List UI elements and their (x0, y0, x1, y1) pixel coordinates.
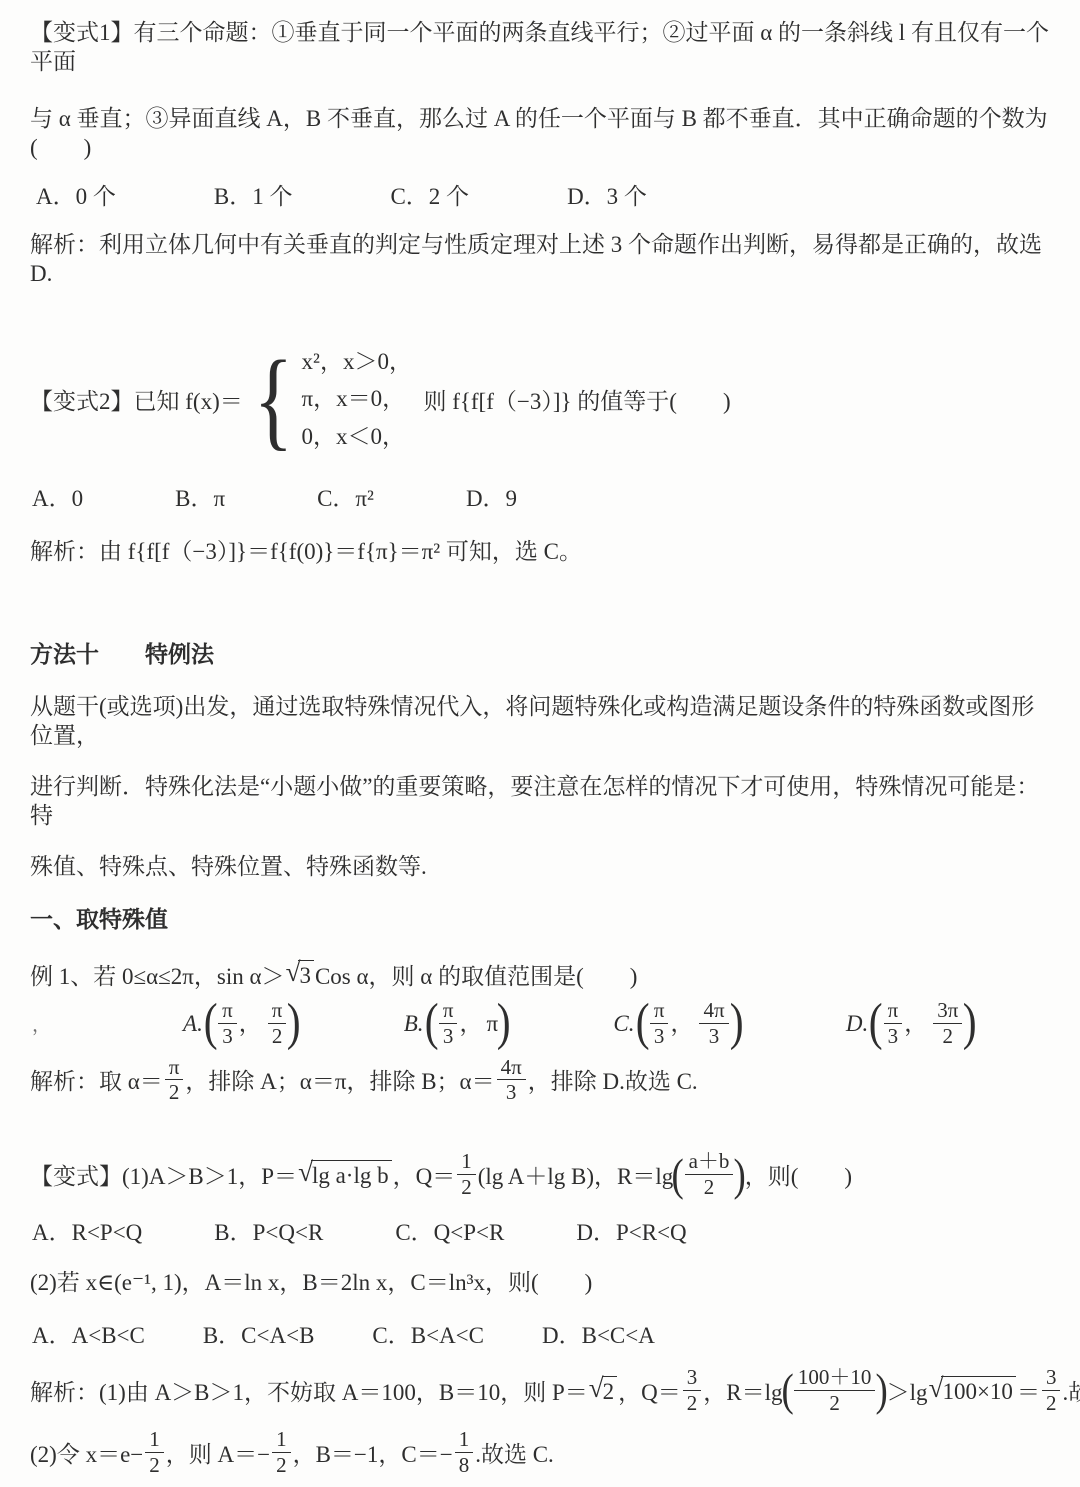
variation2-options-row: A．0 B．π C．π² D．9 (32, 480, 1054, 513)
fraction: π3 (884, 999, 903, 1047)
variation1-analysis: 解析：利用立体几何中有关垂直的判定与性质定理对上述 3 个命题作出判断，易得都是… (30, 230, 1054, 289)
left-paren: ( (424, 1000, 438, 1047)
option-c: C．B<A<C (372, 1317, 484, 1350)
fraction-denominator: 2 (942, 1024, 953, 1048)
option-c: C．π² (317, 480, 374, 513)
variation3-options1-row: A．R<P<Q B．P<Q<R C．Q<P<R D．P<R<Q (32, 1214, 1054, 1247)
option-b-label: B. (404, 1011, 424, 1037)
q1-part1: 【变式】(1)A＞B＞1，P＝ (30, 1158, 297, 1191)
analysis-part3: ，排除 D.故选 C. (528, 1063, 698, 1096)
fraction-denominator: 3 (443, 1024, 454, 1048)
right-paren: ) (497, 1000, 511, 1047)
fraction-denominator: 2 (829, 1391, 840, 1415)
fraction: 4π3 (497, 1056, 526, 1104)
option-a: A. ( π3 ， π2 ) (183, 999, 300, 1047)
radicand: lg a·lg b (311, 1160, 392, 1189)
fraction-denominator: 3 (222, 1024, 233, 1048)
option-d: D．3 个 (567, 178, 647, 211)
analysis2-part2: ，则 A＝− (166, 1436, 270, 1469)
method-paragraph-line1: 从题干(或选项)出发，通过选取特殊情况代入，将问题特殊化或构造满足题设条件的特殊… (30, 692, 1054, 751)
option-a: A．R<P<Q (32, 1214, 142, 1247)
comma-separator: ， (670, 1005, 697, 1048)
fraction: π2 (165, 1056, 184, 1104)
left-paren: ( (204, 1000, 218, 1047)
example1-analysis: 解析：取 α＝ π2 ，排除 A；α＝π，排除 B；α＝ 4π3 ，排除 D.故… (30, 1056, 1054, 1104)
variation2-prefix: 【变式2】已知 f(x)＝ (30, 383, 243, 416)
option-a: A．A<B<C (32, 1317, 145, 1350)
fraction: 32 (683, 1366, 702, 1414)
analysis1-part6: .故选 B. (1062, 1374, 1080, 1407)
option-c-label: C. (613, 1011, 634, 1037)
option-b: B．P<Q<R (214, 1214, 323, 1247)
radicand: 3 (298, 960, 314, 989)
option-a: A．0 个 (36, 178, 116, 211)
variation1-question-line2: 与 α 垂直；③异面直线 A，B 不垂直，那么过 A 的任一个平面与 B 都不垂… (30, 104, 1054, 163)
fraction-numerator: π (218, 999, 237, 1024)
variation2-question: 【变式2】已知 f(x)＝ { x²，x＞0， π，x＝0， 0，x＜0， 则 … (30, 349, 1054, 450)
sqrt-expression: √100×10 (929, 1376, 1016, 1405)
radical-sign: √ (286, 959, 301, 986)
left-paren: ( (869, 1000, 883, 1047)
left-paren: ( (781, 1369, 793, 1410)
right-paren: ) (963, 1000, 977, 1047)
fraction-numerator: 3 (1042, 1366, 1061, 1391)
analysis1-part1: 解析：(1)由 A＞B＞1，不妨取 A＝100，B＝10，则 P＝ (30, 1374, 588, 1407)
subsection-heading: 一、取特殊值 (30, 905, 1054, 934)
piecewise-cases: x²，x＞0， π，x＝0， 0，x＜0， (302, 349, 412, 450)
variation1-options-row: A．0 个 B．1 个 C．2 个 D．3 个 (36, 178, 1054, 211)
fraction: 18 (455, 1428, 474, 1476)
fraction-numerator: 1 (145, 1428, 164, 1453)
radical-sign: √ (589, 1375, 604, 1402)
fraction: 100＋102 (794, 1366, 876, 1414)
document-page: 【变式1】有三个命题：①垂直于同一个平面的两条直线平行；②过平面 α 的一条斜线… (0, 0, 1080, 1487)
analysis1-part2: ，Q＝ (618, 1374, 681, 1407)
variation2-suffix: 则 f{f[f（−3）]} 的值等于( ) (412, 383, 731, 416)
fraction: π3 (218, 999, 237, 1047)
option-b: B．C<A<B (203, 1317, 315, 1350)
sqrt-expression: √3 (286, 960, 314, 989)
analysis-part2: ，排除 A；α＝π，排除 B；α＝ (185, 1063, 494, 1096)
fraction-denominator: 3 (709, 1024, 720, 1048)
fraction-numerator: π (165, 1056, 184, 1081)
option-b: B．π (175, 480, 225, 513)
fraction-denominator: 8 (459, 1453, 470, 1477)
method-heading: 方法十 特例法 (30, 640, 1054, 669)
fraction-numerator: 4π (699, 999, 728, 1024)
radical-sign: √ (929, 1375, 944, 1402)
fraction: 12 (272, 1428, 291, 1476)
analysis1-part4: ＞lg (887, 1374, 928, 1407)
option-d: D. ( π3 ， 3π2 ) (846, 999, 976, 1047)
example1-options-row: ， A. ( π3 ， π2 ) B. ( π3 ， π ) C. ( π3 ，… (32, 999, 1054, 1047)
q1-part4: ，则( ) (745, 1158, 852, 1191)
fraction: 12 (145, 1428, 164, 1476)
variation3-options2-row: A．A<B<C B．C<A<B C．B<A<C D．B<C<A (32, 1317, 1054, 1350)
option-c: C．2 个 (390, 178, 469, 211)
analysis1-part5: ＝ (1017, 1374, 1040, 1407)
fraction: 3π2 (933, 999, 962, 1047)
right-paren: ) (876, 1369, 888, 1410)
sqrt-expression: √2 (589, 1376, 617, 1405)
option-a-label: A. (183, 1011, 203, 1037)
fraction-numerator: a＋b (685, 1150, 734, 1175)
option-c: C．Q<P<R (395, 1214, 504, 1247)
fraction-numerator: π (268, 999, 287, 1024)
sqrt-expression: √lg a·lg b (298, 1160, 392, 1189)
fraction-denominator: 2 (169, 1080, 180, 1104)
radicand: 2 (602, 1376, 618, 1405)
fraction-denominator: 3 (888, 1024, 899, 1048)
stray-mark: ， (32, 1010, 51, 1037)
fraction-denominator: 3 (654, 1024, 665, 1048)
option-d: D．B<C<A (542, 1317, 655, 1350)
case-3: 0，x＜0， (302, 424, 412, 450)
fraction-numerator: 3 (683, 1366, 702, 1391)
left-brace: { (253, 353, 293, 447)
analysis-part1: 解析：取 α＝ (30, 1063, 163, 1096)
fraction: 32 (1042, 1366, 1061, 1414)
fraction-numerator: π (650, 999, 669, 1024)
analysis2-part3: ，B＝−1，C＝− (293, 1436, 453, 1469)
fraction-denominator: 2 (1046, 1391, 1057, 1415)
fraction: π3 (439, 999, 458, 1047)
case-1: x²，x＞0， (302, 349, 412, 375)
q1-part3: (lg A＋lg B)，R＝lg (478, 1158, 674, 1191)
option-b: B. ( π3 ， π ) (404, 999, 510, 1047)
left-paren: ( (672, 1154, 684, 1195)
fraction-numerator: π (439, 999, 458, 1024)
example1-question: 例 1、若 0≤α≤2π，sin α＞ √3 Cos α，则 α 的取值范围是(… (30, 958, 1054, 991)
option-c: C. ( π3 ， 4π3 ) (613, 999, 741, 1047)
q1-part2: ，Q＝ (393, 1158, 456, 1191)
fraction: a＋b2 (685, 1150, 734, 1198)
comma-separator: ， (904, 1005, 931, 1048)
right-paren: ) (734, 1154, 746, 1195)
method-paragraph-line3: 殊值、特殊点、特殊位置、特殊函数等. (30, 852, 1054, 881)
fraction-denominator: 2 (149, 1453, 160, 1477)
fraction-denominator: 2 (704, 1175, 715, 1199)
variation2-analysis: 解析：由 f{f[f（−3）]}＝f{f(0)}＝f{π}＝π² 可知，选 C。 (30, 537, 1054, 566)
right-paren: ) (287, 1000, 301, 1047)
fraction: π3 (650, 999, 669, 1047)
option-b: B．1 个 (214, 178, 293, 211)
right-paren: ) (729, 1000, 743, 1047)
fraction-numerator: 1 (455, 1428, 474, 1453)
fraction-numerator: 1 (457, 1150, 476, 1175)
analysis2-part1: (2)令 x＝e− (30, 1436, 143, 1469)
comma-separator: ， (239, 1005, 266, 1048)
fraction-numerator: π (884, 999, 903, 1024)
comma-separator: ， (459, 1005, 486, 1048)
option-d: D．9 (466, 480, 517, 513)
variation3-analysis2: (2)令 x＝e− 12 ，则 A＝− 12 ，B＝−1，C＝− 18 .故选 … (30, 1428, 1054, 1476)
variation3-question1: 【变式】(1)A＞B＞1，P＝ √lg a·lg b ，Q＝ 12 (lg A＋… (30, 1150, 1054, 1198)
left-paren: ( (635, 1000, 649, 1047)
method-paragraph-line2: 进行判断．特殊化法是“小题小做”的重要策略，要注意在怎样的情况下才可使用，特殊情… (30, 772, 1054, 831)
variation3-question2: (2)若 x∈(e⁻¹, 1)，A＝ln x，B＝2ln x，C＝ln³x，则(… (30, 1268, 1054, 1297)
fraction-numerator: 100＋10 (794, 1366, 876, 1391)
fraction-denominator: 2 (687, 1391, 698, 1415)
analysis2-part4: .故选 C. (475, 1436, 554, 1469)
fraction-denominator: 2 (272, 1024, 283, 1048)
variation3-analysis1: 解析：(1)由 A＞B＞1，不妨取 A＝100，B＝10，则 P＝ √2 ，Q＝… (30, 1366, 1054, 1414)
fraction: π2 (268, 999, 287, 1047)
example1-q-part1: 例 1、若 0≤α≤2π，sin α＞ (30, 958, 285, 991)
option-a: A．0 (32, 480, 83, 513)
option-d: D．P<R<Q (576, 1214, 686, 1247)
fraction-numerator: 4π (497, 1056, 526, 1081)
example1-q-part2: Cos α，则 α 的取值范围是( ) (315, 958, 637, 991)
fraction: 4π3 (699, 999, 728, 1047)
fraction: 12 (457, 1150, 476, 1198)
option-d-label: D. (846, 1011, 868, 1037)
fraction-numerator: 3π (933, 999, 962, 1024)
variation1-question-line1: 【变式1】有三个命题：①垂直于同一个平面的两条直线平行；②过平面 α 的一条斜线… (30, 18, 1054, 77)
fraction-denominator: 3 (506, 1080, 517, 1104)
fraction-denominator: 2 (276, 1453, 287, 1477)
case-2: π，x＝0， (302, 386, 412, 412)
fraction-denominator: 2 (461, 1175, 472, 1199)
fraction-numerator: 1 (272, 1428, 291, 1453)
radicand: 100×10 (941, 1376, 1015, 1405)
analysis1-part3: ，R＝lg (703, 1374, 782, 1407)
radical-sign: √ (298, 1159, 313, 1186)
